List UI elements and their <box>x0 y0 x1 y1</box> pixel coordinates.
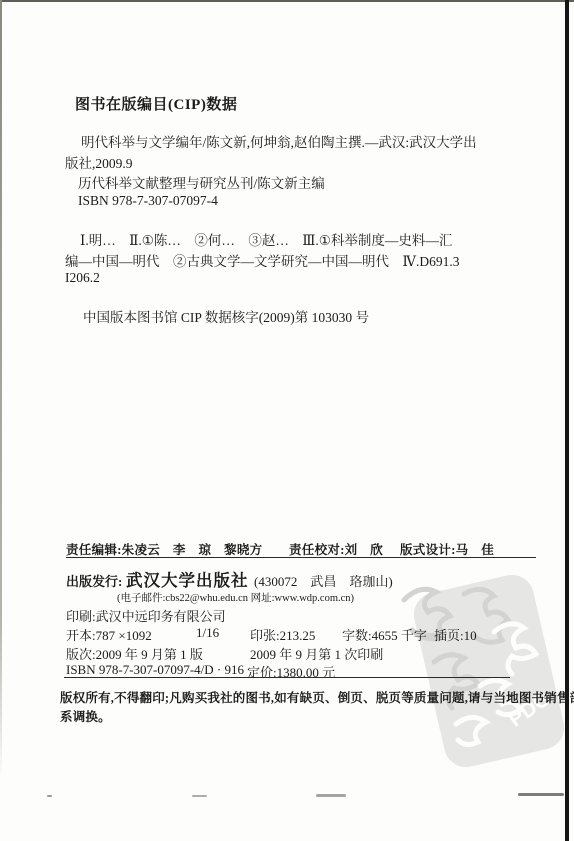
scan-smudge <box>316 794 346 797</box>
scan-smudge <box>518 793 564 796</box>
scan-smudge <box>192 795 207 797</box>
scan-edge-right <box>565 0 569 841</box>
divider-rule-top <box>66 557 536 558</box>
price: 定价:1380.00 元 <box>247 662 335 681</box>
printer-line: 印刷:武汉中远印务有限公司 <box>66 606 226 625</box>
format-label: 开本:787 ×1092 <box>66 625 152 644</box>
format-fraction: 1/16 <box>196 625 219 641</box>
divider-rule-bottom <box>64 677 510 678</box>
scan-edge-left <box>0 0 2 780</box>
cip-series-line: 历代科举文献整理与研究丛刊/陈文新主编 <box>78 172 325 192</box>
print-sheets: 印张:213.25 <box>250 625 315 644</box>
printing-info: 2009 年 9 月第 1 次印刷 <box>250 644 383 663</box>
cip-record-line: 中国版本图书馆 CIP 数据核字(2009)第 103030 号 <box>83 306 369 326</box>
cip-isbn-line: ISBN 978-7-307-07097-4 <box>78 193 218 209</box>
isbn-code: ISBN 978-7-307-07097-4/D · 916 <box>66 662 244 678</box>
cip-class-line3: I206.2 <box>65 270 100 286</box>
scanned-page: PDG 图书在版编目(CIP)数据 明代科举与文学编年/陈文新,何坤翁,赵伯陶主… <box>0 0 574 841</box>
cip-class-line1: Ⅰ.明… Ⅱ.①陈… ②何… ③赵… Ⅲ.①科举制度—史料—汇 <box>80 229 452 249</box>
publisher-label: 出版发行: <box>66 571 122 590</box>
staff-designer: 版式设计:马 佳 <box>400 540 494 558</box>
publisher-name: 武汉大学出版社 <box>126 567 249 591</box>
library-stamp-watermark: PDG <box>390 566 574 786</box>
cip-entry-line2: 版社,2009.9 <box>65 152 133 172</box>
word-count: 字数:4655 千字 <box>342 625 427 644</box>
staff-proofreader: 责任校对:刘 欣 <box>289 540 383 558</box>
disclaimer-line1: 版权所有,不得翻印;凡购买我社的图书,如有缺页、倒页、脱页等质量问题,请与当地图… <box>60 688 574 706</box>
cip-class-line2: 编—中国—明代 ②古典文学—文学研究—中国—明代 Ⅳ.D691.3 <box>65 250 460 270</box>
scan-edge-top <box>0 0 574 2</box>
seal-stamp-icon: PDG <box>390 566 574 786</box>
publisher-address: (430072 武昌 珞珈山) <box>254 571 393 590</box>
cip-header: 图书在版编目(CIP)数据 <box>75 93 237 114</box>
edition-info: 版次:2009 年 9 月第 1 版 <box>66 644 203 663</box>
scan-smudge <box>47 795 52 797</box>
disclaimer-line2: 系调换。 <box>60 707 111 725</box>
cip-entry-line1: 明代科举与文学编年/陈文新,何坤翁,赵伯陶主撰.—武汉:武汉大学出 <box>81 131 477 151</box>
staff-editor: 责任编辑:朱凌云 李 琼 黎晓方 <box>66 540 262 558</box>
insert-pages: 插页:10 <box>434 625 477 644</box>
publisher-contact-line: (电子邮件:cbs22@whu.edu.cn 网址:www.wdp.com.cn… <box>117 590 354 605</box>
